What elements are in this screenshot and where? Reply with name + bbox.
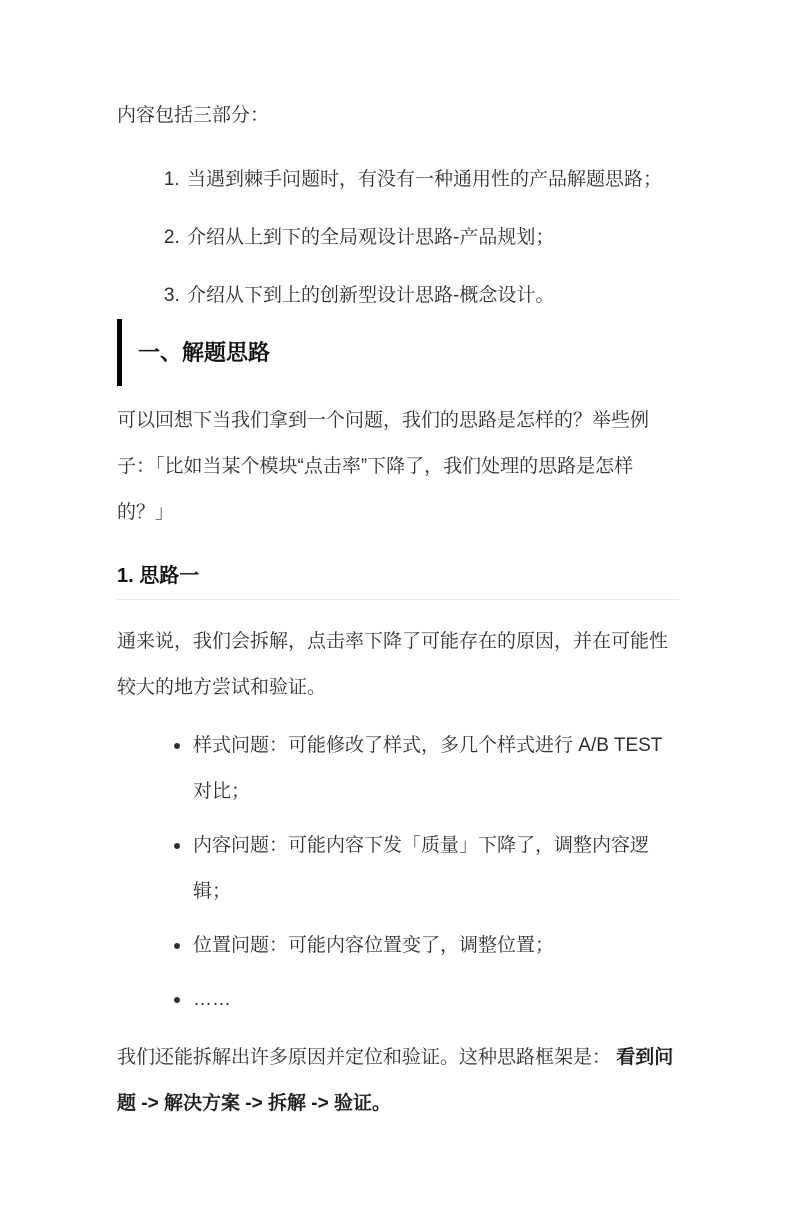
bullet-icon xyxy=(174,843,180,849)
intro-paragraph: 内容包括三部分： xyxy=(117,93,679,139)
list-item-text: 内容问题：可能内容下发「质量」下降了，调整内容逻辑； xyxy=(193,835,649,902)
numbered-list: 当遇到棘手问题时，有没有一种通用性的产品解题思路； 介绍从上到下的全局观设计思路… xyxy=(117,157,679,319)
list-item: 介绍从下到上的创新型设计思路-概念设计。 xyxy=(185,273,679,319)
subsection-heading-text: 1. 思路一 xyxy=(117,565,199,587)
bullet-icon xyxy=(174,743,180,749)
bullet-icon xyxy=(174,943,180,949)
bullet-list: 样式问题：可能修改了样式，多几个样式进行 A/B TEST 对比； 内容问题：可… xyxy=(117,723,679,1023)
closing-paragraph: 我们还能拆解出许多原因并定位和验证。这种思路框架是： 看到问题 -> 解决方案 … xyxy=(117,1035,679,1127)
bullet-icon xyxy=(174,997,180,1003)
list-item: 样式问题：可能修改了样式，多几个样式进行 A/B TEST 对比； xyxy=(193,723,679,815)
list-item: 介绍从上到下的全局观设计思路-产品规划； xyxy=(185,215,679,261)
section-heading: 一、解题思路 xyxy=(117,319,679,386)
section-heading-text: 一、解题思路 xyxy=(138,340,270,365)
subsection-heading: 1. 思路一 xyxy=(117,562,679,600)
section-intro-paragraph: 可以回想下当我们拿到一个问题，我们的思路是怎样的？举些例子：「比如当某个模块“点… xyxy=(117,398,679,536)
list-item: 当遇到棘手问题时，有没有一种通用性的产品解题思路； xyxy=(185,157,679,203)
list-item-text: …… xyxy=(193,989,231,1010)
list-item-text: 位置问题：可能内容位置变了，调整位置； xyxy=(193,935,554,956)
list-item: …… xyxy=(193,977,679,1023)
document-page: 内容包括三部分： 当遇到棘手问题时，有没有一种通用性的产品解题思路； 介绍从上到… xyxy=(0,0,793,1212)
list-item: 内容问题：可能内容下发「质量」下降了，调整内容逻辑； xyxy=(193,823,679,915)
subsection-intro-paragraph: 通来说，我们会拆解，点击率下降了可能存在的原因，并在可能性较大的地方尝试和验证。 xyxy=(117,619,679,711)
list-item-text: 样式问题：可能修改了样式，多几个样式进行 A/B TEST 对比； xyxy=(193,735,662,802)
list-item: 位置问题：可能内容位置变了，调整位置； xyxy=(193,923,679,969)
closing-text-regular: 我们还能拆解出许多原因并定位和验证。这种思路框架是： xyxy=(117,1047,611,1068)
